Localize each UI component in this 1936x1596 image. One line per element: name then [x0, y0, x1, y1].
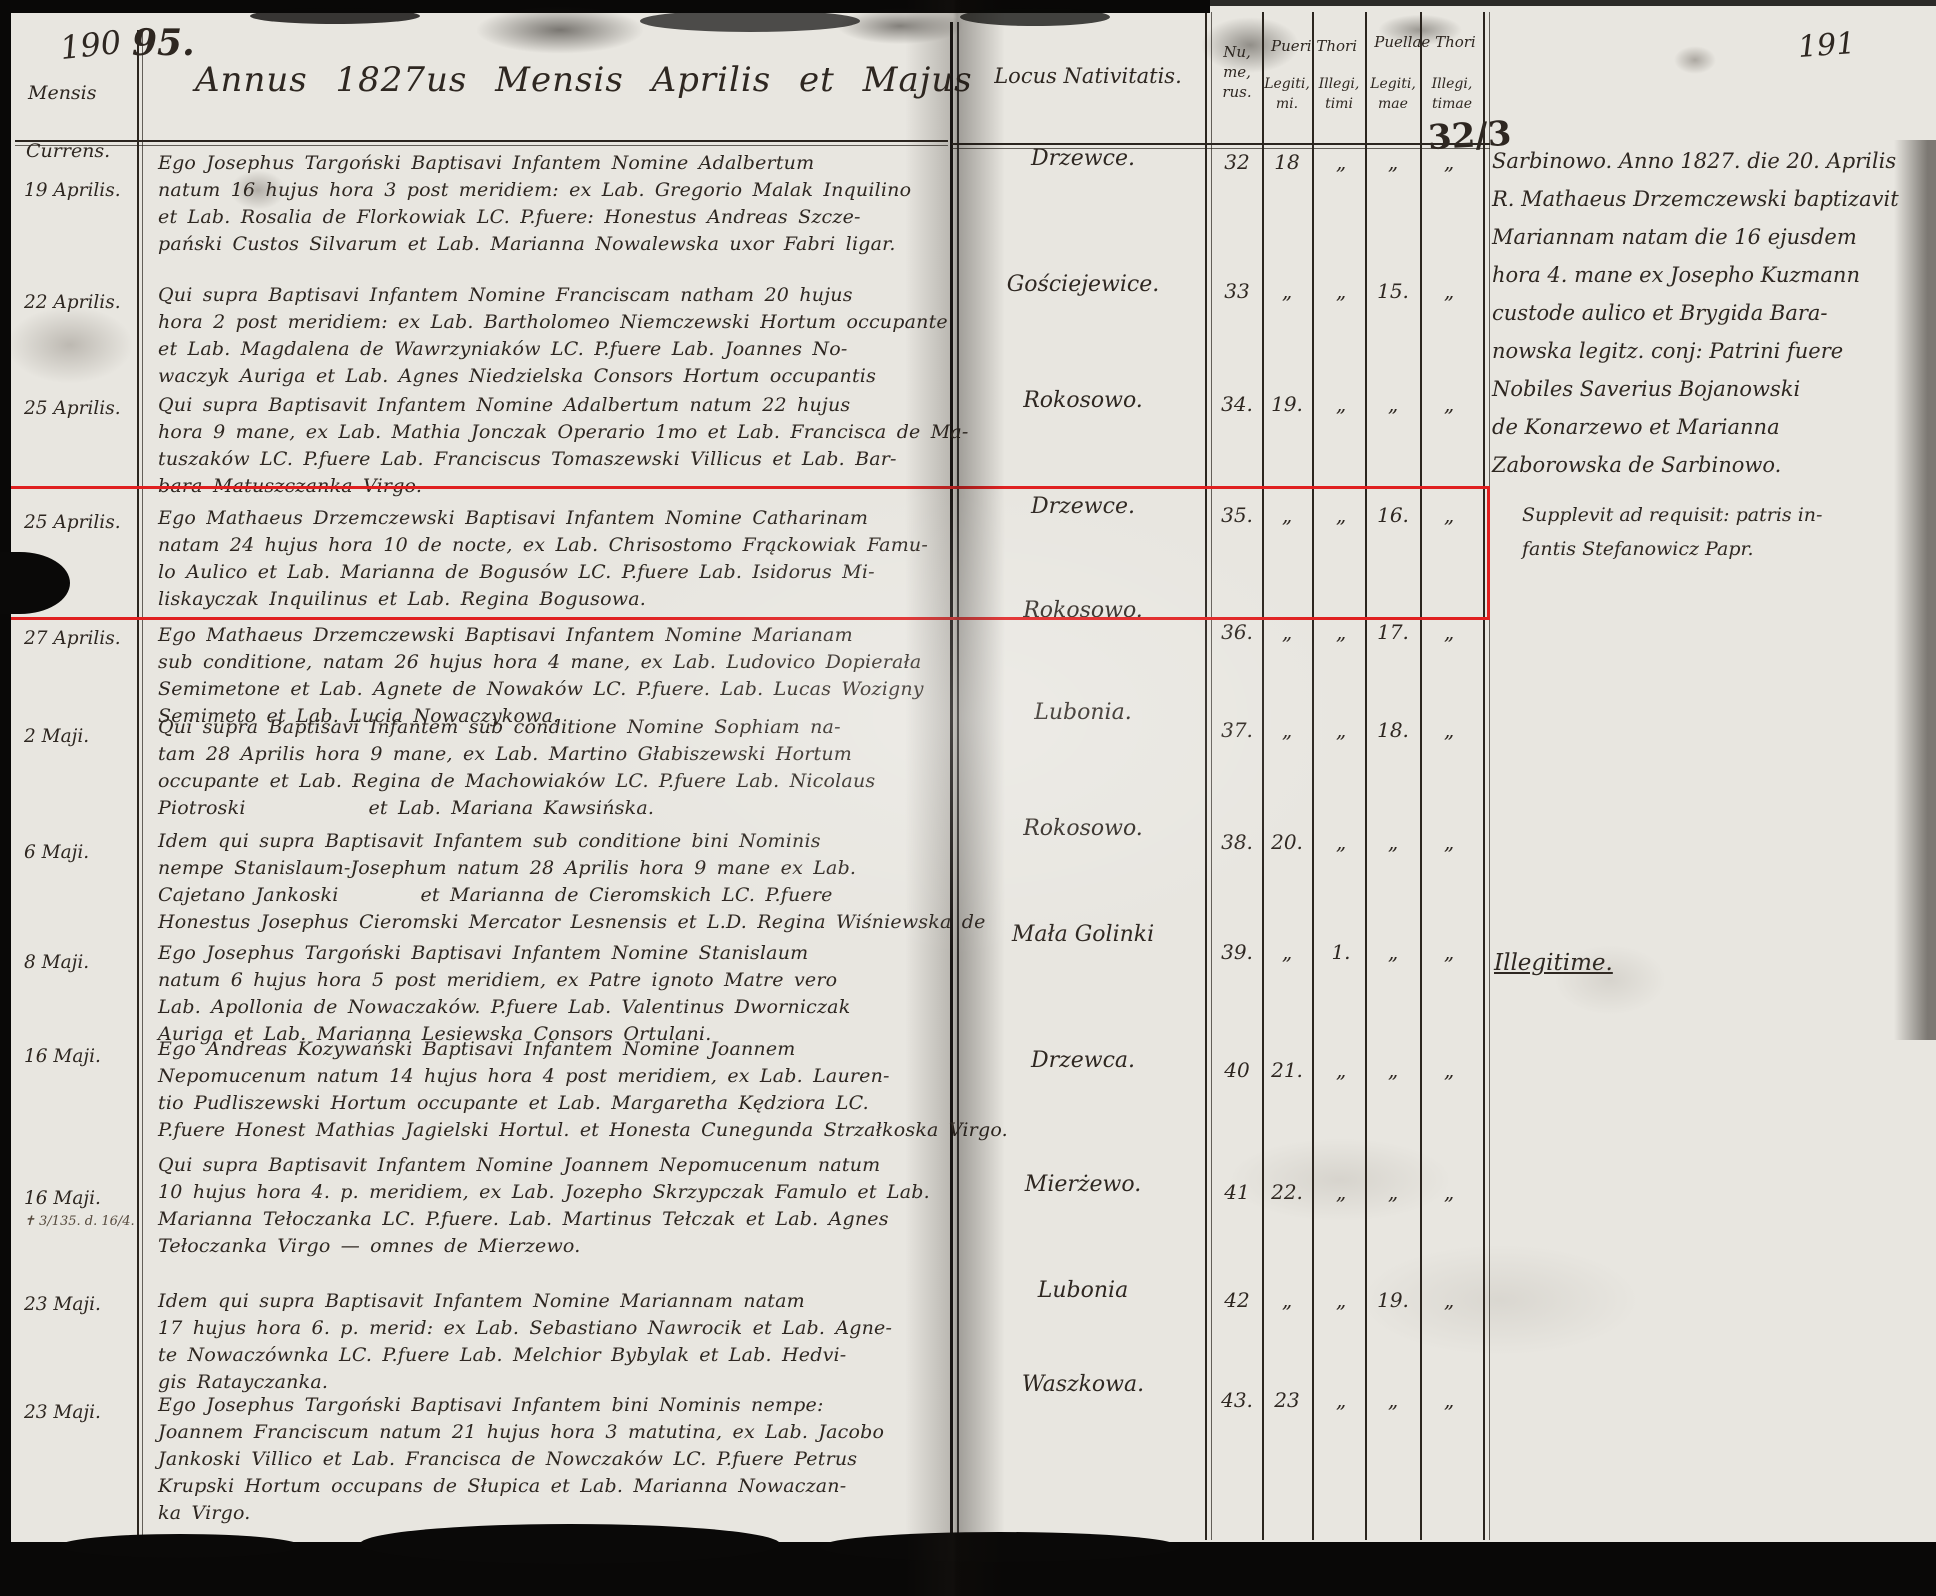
record-puellae-illegitimae: „ [1426, 279, 1472, 303]
record-text: Ego Andreas Kozywański Baptisavi Infante… [158, 1036, 958, 1144]
record-pueri-illegitimi: „ [1318, 392, 1364, 416]
record-text: Ego Josephus Targoński Baptisavi Infante… [158, 1392, 958, 1527]
record-pueri-legitimi: „ [1264, 940, 1310, 964]
record-text: Qui supra Baptisavit Infantem Nomine Joa… [158, 1152, 958, 1260]
record-date: 22 Aprilis. [24, 292, 150, 313]
record-pueri-illegitimi: „ [1318, 150, 1364, 174]
record-date: 16 Maji. [24, 1188, 150, 1209]
record-pueri-illegitimi: „ [1318, 718, 1364, 742]
record-date: 8 Maji. [24, 952, 150, 973]
page-title: Annus 1827us Mensis Aprilis et Majus [195, 60, 973, 100]
record-date: 16 Maji. [24, 1046, 150, 1067]
record-text: Qui supra Baptisavi Infantem sub conditi… [158, 714, 958, 822]
side-note-sarbinowo: Sarbinowo. Anno 1827. die 20. Aprilis R.… [1492, 142, 1899, 484]
record-puellae-illegitimae: „ [1426, 1388, 1472, 1412]
record-text: Ego Josephus Targoński Baptisavi Infante… [158, 940, 958, 1048]
record-pueri-legitimi: 20. [1264, 830, 1310, 854]
record-numerus: 38. [1214, 830, 1260, 854]
record-pueri-illegitimi: „ [1318, 620, 1364, 644]
record-puellae-illegitimae: „ [1426, 718, 1472, 742]
record-puellae-legitimae: „ [1370, 1058, 1416, 1082]
sheet-number: 95. [132, 22, 195, 64]
record-numerus: 40 [1214, 1058, 1260, 1082]
record-date: 6 Maji. [24, 842, 150, 863]
record-date: 19 Aprilis. [24, 180, 150, 201]
puellae-illegitimae-header: Illegi, timae [1424, 74, 1480, 114]
record-pueri-legitimi: 22. [1264, 1180, 1310, 1204]
record-puellae-legitimae: „ [1370, 1180, 1416, 1204]
record-puellae-illegitimae: „ [1426, 620, 1472, 644]
record-pueri-legitimi: 19. [1264, 392, 1310, 416]
record-numerus: 39. [1214, 940, 1260, 964]
record-pueri-illegitimi: 1. [1318, 940, 1364, 964]
page-fold-shadow [905, 0, 1005, 1596]
record-text: Idem qui supra Baptisavit Infantem Nomin… [158, 1288, 958, 1396]
record-date: 27 Aprilis. [24, 628, 150, 649]
record-text: Idem qui supra Baptisavit Infantem sub c… [158, 828, 958, 936]
record-puellae-legitimae: „ [1370, 150, 1416, 174]
margin-header-mensis: Mensis [28, 82, 97, 104]
pueri-illegitimi-header: Illegi, timi [1314, 74, 1364, 114]
record-numerus: 34. [1214, 392, 1260, 416]
record-pueri-illegitimi: „ [1318, 830, 1364, 854]
record-numerus: 36. [1214, 620, 1260, 644]
record-date: 23 Maji. [24, 1294, 150, 1315]
record-pueri-legitimi: „ [1264, 620, 1310, 644]
record-pueri-legitimi: „ [1264, 1288, 1310, 1312]
header-rule-left [15, 140, 948, 142]
record-date: 23 Maji. [24, 1402, 150, 1423]
record-numerus: 33 [1214, 279, 1260, 303]
col-rule-puellae-end-2 [1489, 12, 1490, 1540]
record-text: Ego Josephus Targoński Baptisavi Infante… [158, 150, 958, 258]
record-pueri-illegitimi: „ [1318, 1180, 1364, 1204]
scan-border-top-right [1210, 0, 1936, 6]
side-note-illegitime: Illegitime. [1494, 950, 1613, 976]
pueri-legitimi-header: Legiti, mi. [1262, 74, 1312, 114]
record-numerus: 42 [1214, 1288, 1260, 1312]
record-pueri-illegitimi: „ [1318, 1388, 1364, 1412]
record-date: 25 Aprilis. [24, 398, 150, 419]
puellae-legitimae-header: Legiti, mae [1368, 74, 1418, 114]
record-numerus: 37. [1214, 718, 1260, 742]
record-pueri-legitimi: „ [1264, 279, 1310, 303]
scan-border-left [0, 0, 11, 1596]
record-date-annotation: ✝ 3/135. d. 16/4. [24, 1214, 150, 1229]
left-page-number: 190 [58, 23, 123, 67]
col-rule-pueri-split [1312, 12, 1314, 1540]
record-text: Qui supra Baptisavit Infantem Nomine Ada… [158, 392, 958, 500]
record-numerus: 41 [1214, 1180, 1260, 1204]
record-pueri-illegitimi: „ [1318, 1058, 1364, 1082]
record-puellae-illegitimae: „ [1426, 940, 1472, 964]
record-pueri-legitimi: „ [1264, 718, 1310, 742]
col-rule-pueri-end [1365, 12, 1367, 1540]
record-puellae-legitimae: 18. [1370, 718, 1416, 742]
scan-blob-top-1 [250, 8, 420, 24]
record-puellae-illegitimae: „ [1426, 1288, 1472, 1312]
header-rule-left-2 [15, 145, 948, 146]
record-pueri-illegitimi: „ [1318, 1288, 1364, 1312]
record-puellae-legitimae: 15. [1370, 279, 1416, 303]
scan-blob-top-2 [640, 10, 860, 32]
right-page-number: 191 [1797, 26, 1857, 65]
scan-blob-bottom-3 [60, 1534, 300, 1558]
record-puellae-legitimae: 17. [1370, 620, 1416, 644]
puellae-column-header: Puellae Thori [1367, 32, 1483, 52]
record-pueri-legitimi: 21. [1264, 1058, 1310, 1082]
record-puellae-legitimae: „ [1370, 392, 1416, 416]
side-note-supplement: Supplevit ad requisit: patris in- fantis… [1522, 498, 1822, 566]
record-text: Qui supra Baptisavi Infantem Nomine Fran… [158, 282, 958, 390]
record-puellae-illegitimae: „ [1426, 392, 1472, 416]
record-puellae-legitimae: „ [1370, 1388, 1416, 1412]
col-rule-locus-end-2 [1211, 12, 1212, 1540]
numerus-column-header: Nu, me, rus. [1212, 42, 1262, 102]
margin-header-currens: Currens. [26, 140, 110, 162]
record-puellae-illegitimae: „ [1426, 1058, 1472, 1082]
record-pueri-legitimi: 18 [1264, 150, 1310, 174]
record-pueri-illegitimi: „ [1318, 279, 1364, 303]
record-date: 2 Maji. [24, 726, 150, 747]
record-puellae-legitimae: „ [1370, 940, 1416, 964]
header-rule-right [952, 143, 1490, 145]
register-scan-page: 190 95. 191 Mensis Currens. Annus 1827us… [0, 0, 1936, 1596]
col-rule-puellae-split [1420, 12, 1422, 1540]
scan-blob-bottom-1 [360, 1524, 780, 1564]
record-pueri-legitimi: 23 [1264, 1388, 1310, 1412]
pueri-column-header: Pueri Thori [1263, 36, 1365, 56]
highlight-box [4, 486, 1490, 620]
record-numerus: 32 [1214, 150, 1260, 174]
record-puellae-legitimae: 19. [1370, 1288, 1416, 1312]
page-edge-shadow [1894, 140, 1936, 1040]
record-puellae-illegitimae: „ [1426, 1180, 1472, 1204]
col-rule-locus-end [1205, 12, 1207, 1540]
record-numerus: 43. [1214, 1388, 1260, 1412]
record-puellae-legitimae: „ [1370, 830, 1416, 854]
record-puellae-illegitimae: „ [1426, 830, 1472, 854]
col-rule-puellae-end [1483, 12, 1485, 1540]
